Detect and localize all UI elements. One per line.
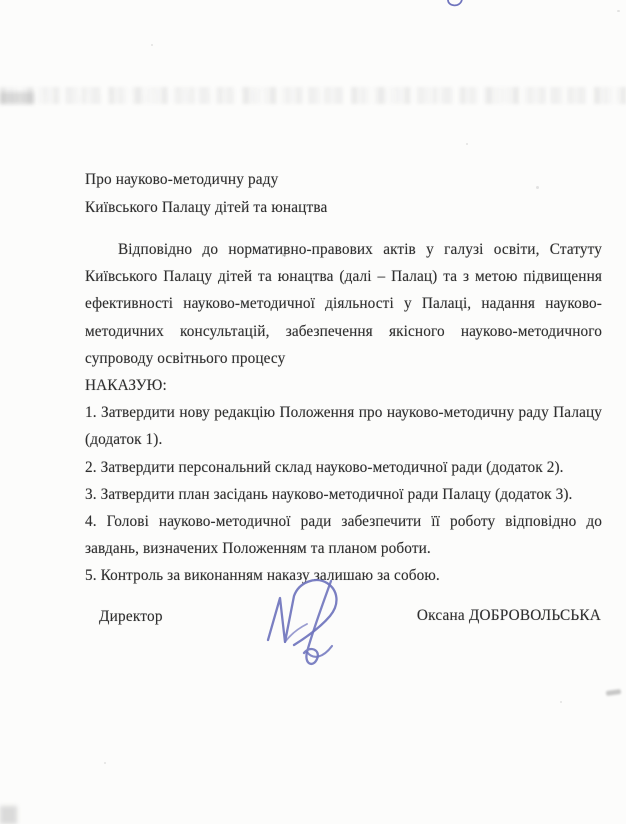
scanned-order-document: Про науково-методичну радуКиївського Пал… [0,0,626,824]
scan-speck [617,10,620,12]
document-line: 2. Затвердити персональний склад науково… [85,459,602,486]
pen-stroke-mark [446,0,464,11]
document-line: НАКАЗУЮ: [85,377,602,404]
document-line: 4. Голові науково-методичної ради забезп… [85,513,602,540]
scan-speck [466,143,468,145]
document-line: Київського Палацу дітей та юнацтва (далі… [85,268,602,295]
scan-bleedthrough-edge [0,92,34,104]
scan-speck [104,762,106,764]
scan-speck [560,701,562,703]
document-line: методичних консультацій, забезпечення як… [85,323,602,350]
signer-name: Оксана ДОБРОВОЛЬСЬКА [417,607,601,625]
document-line: завдань, визначених Положенням та планом… [85,540,602,567]
scan-bleedthrough-band [0,87,626,104]
scan-speck [151,44,153,46]
document-line: ефективності науково-методичної діяльнос… [85,295,602,322]
document-line: Відповідно до нормативно-правових актів … [85,241,602,268]
scan-corner-shadow [0,806,17,824]
document-subject: Про науково-методичну радуКиївського Пал… [85,166,505,222]
signer-role: Директор [99,608,163,626]
scan-speck [536,186,539,189]
scan-speck-dash [606,689,622,696]
title-line: Про науково-методичну раду [85,166,505,194]
document-body: Відповідно до нормативно-правових актів … [85,241,602,594]
document-line: 1. Затвердити нову редакцію Положення пр… [85,404,602,431]
title-line: Київського Палацу дітей та юнацтва [85,194,505,222]
document-line: 3. Затвердити план засідань науково-мето… [85,486,602,513]
handwritten-signature [258,574,366,672]
document-line: супроводу освітнього процесу [85,350,602,377]
document-line: (додаток 1). [85,431,602,458]
